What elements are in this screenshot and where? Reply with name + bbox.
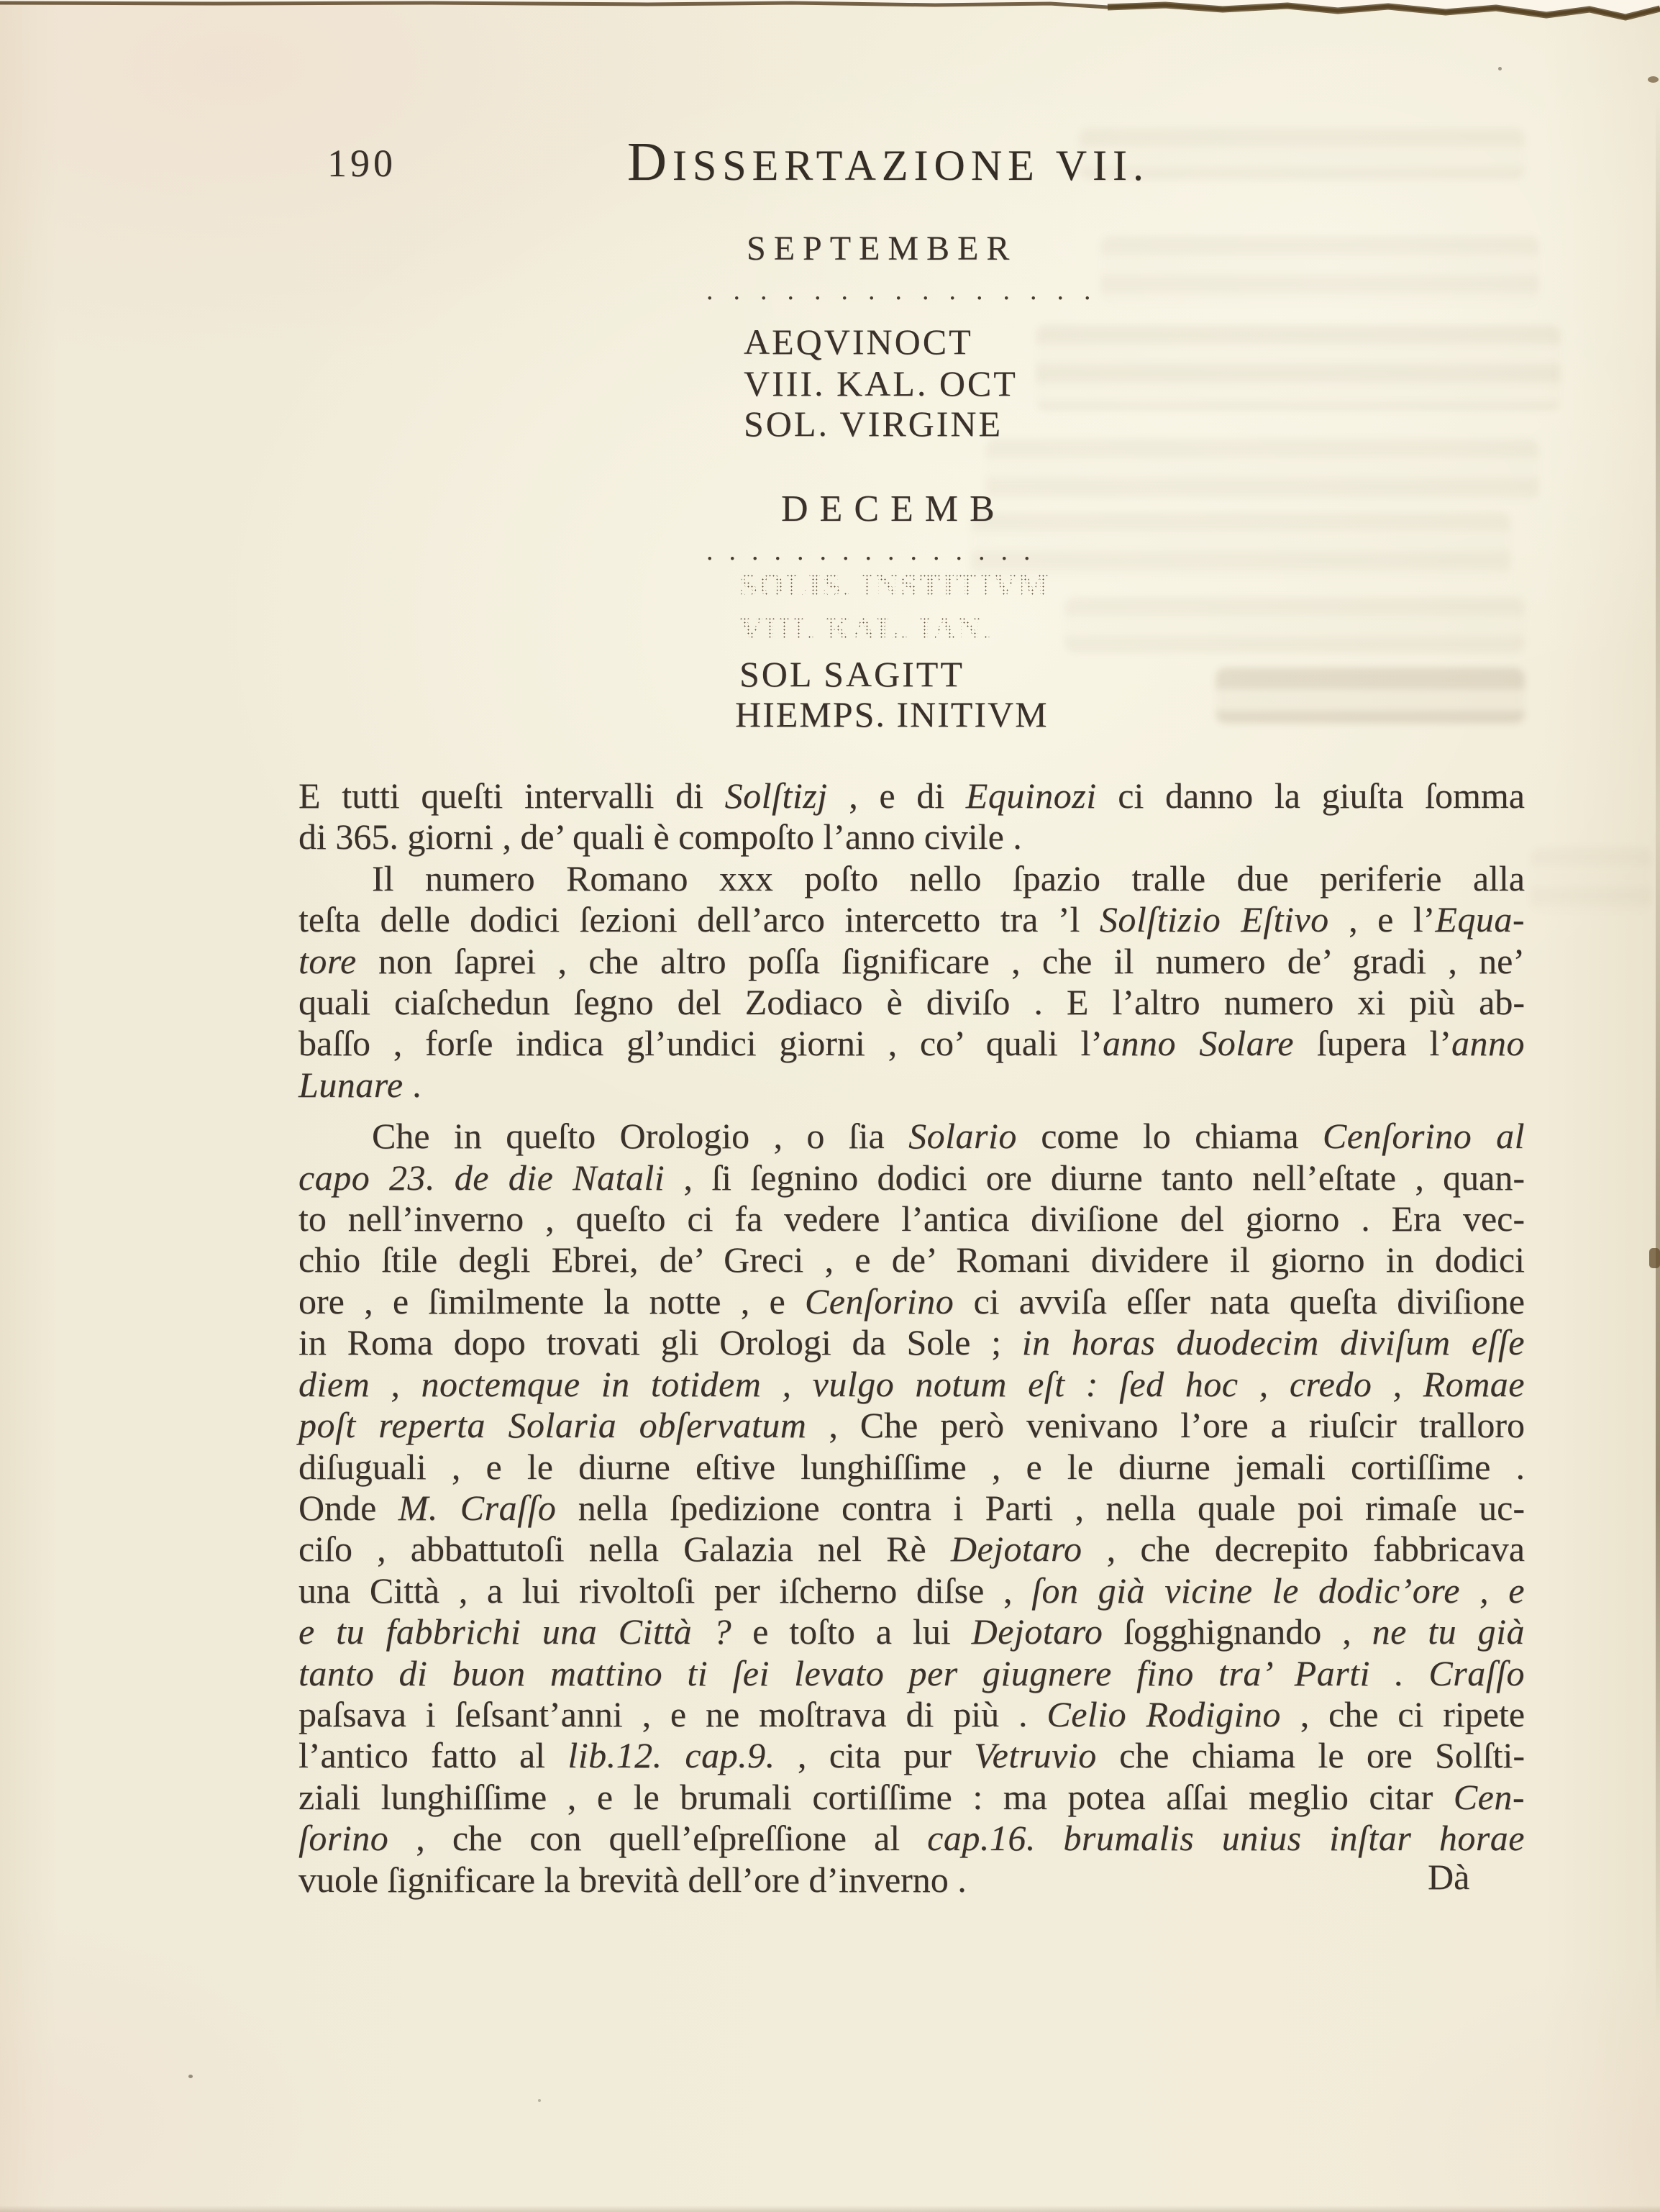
text-line: baſſo , forſe indica gl’undici giorni , … xyxy=(298,1023,1525,1064)
showthrough-smudge xyxy=(1100,236,1539,305)
text-line: E tutti queſti intervalli di Solſtizj , … xyxy=(298,775,1525,816)
ink-speck xyxy=(1498,67,1502,70)
text-line: ziali lunghiſſime , e le brumali cortiſſ… xyxy=(298,1777,1525,1818)
text-line: tanto di buon mattino ti ſei levato per … xyxy=(298,1653,1525,1694)
catchword: Dà xyxy=(1428,1856,1469,1898)
text-line: paſsava i ſeſsant’anni , e ne moſtrava d… xyxy=(298,1694,1525,1735)
calendar-entry-aequinoct: AEQVINOCT xyxy=(744,321,973,363)
calendar-entry-kal-ian: VIII. KAL. IAN. xyxy=(739,610,992,647)
calendar-entry-sol-virgine: SOL. VIRGINE xyxy=(744,403,1003,445)
text-line: Che in queſto Orologio , o ſia Solario c… xyxy=(298,1116,1525,1157)
ink-speck xyxy=(188,2075,193,2078)
text-line: vuole ſignificare la brevità dell’ore d’… xyxy=(298,1860,1525,1901)
calendar-entry-hiemps-initium: HIEMPS. INITIVM xyxy=(735,693,1049,735)
edge-flaw xyxy=(1649,1248,1660,1268)
showthrough-smudge xyxy=(1531,847,1651,914)
text-line: in Roma dopo trovati gli Orologi da Sole… xyxy=(298,1322,1525,1363)
text-line: capo 23. de die Natali , ſi ſegnino dodi… xyxy=(298,1157,1525,1198)
text-line: quali ciaſchedun ſegno del Zodiaco è div… xyxy=(298,982,1525,1023)
page-number: 190 xyxy=(327,141,396,186)
text-line: Lunare . xyxy=(298,1065,1525,1106)
page-right-edge xyxy=(1656,101,1660,2029)
text-line: teſta delle dodici ſezioni dell’arco int… xyxy=(298,899,1525,940)
body-text: E tutti queſti intervalli di Solſtizj , … xyxy=(298,775,1525,1901)
text-line: chio ſtile degli Ebrei, de’ Greci , e de… xyxy=(298,1239,1525,1280)
paragraph: Il numero Romano xxx poſto nello ſpazio … xyxy=(298,858,1525,1106)
text-line: l’antico fatto al lib.12. cap.9. , cita … xyxy=(298,1735,1525,1776)
showthrough-smudge xyxy=(1064,597,1525,653)
text-line: una Città , a lui rivoltoſi per iſcherno… xyxy=(298,1570,1525,1611)
calendar-entry-kal-oct: VIII. KAL. OCT xyxy=(744,363,1018,404)
text-line: ciſo , abbattutoſi nella Galazia nel Rè … xyxy=(298,1529,1525,1570)
dotted-rule: ............... xyxy=(706,535,1046,567)
text-line: Il numero Romano xxx poſto nello ſpazio … xyxy=(298,858,1525,899)
paragraph: E tutti queſti intervalli di Solſtizj , … xyxy=(298,775,1525,858)
showthrough-smudge xyxy=(1216,668,1525,724)
dotted-rule: ............... xyxy=(706,275,1111,306)
book-page: 190 DISSERTAZIONE VII. SEPTEMBER .......… xyxy=(0,0,1660,2212)
showthrough-smudge xyxy=(1036,325,1561,410)
text-line: to nell’inverno , queſto ci fa vedere l’… xyxy=(298,1198,1525,1239)
running-header: DISSERTAZIONE VII. xyxy=(627,131,1149,194)
paragraph: Che in queſto Orologio , o ſia Solario c… xyxy=(298,1116,1525,1901)
text-line: ſorino , che con quell’eſpreſſione al ca… xyxy=(298,1818,1525,1859)
text-line: ore , e ſimilmente la notte , e Cenſorin… xyxy=(298,1281,1525,1322)
calendar-entry-solis-institium: SOLIS. INSTITIVM xyxy=(739,567,1050,604)
showthrough-smudge xyxy=(985,439,1539,502)
text-line: di 365. giorni , de’ quali è compoſto l’… xyxy=(298,816,1525,857)
calendar-december-title: DECEMB xyxy=(781,488,1006,530)
text-line: poſt reperta Solaria obſervatum , Che pe… xyxy=(298,1405,1525,1446)
page-bottom-edge xyxy=(0,2206,1660,2212)
showthrough-smudge xyxy=(971,512,1510,578)
calendar-entry-sol-sagitt: SOL SAGITT xyxy=(739,653,964,695)
text-line: diem , noctemque in totidem , vulgo notu… xyxy=(298,1364,1525,1405)
ink-speck xyxy=(538,2099,541,2102)
text-line: tore non ſaprei , che altro poſſa ſignif… xyxy=(298,941,1525,982)
text-line: diſuguali , e le diurne eſtive lunghiſſi… xyxy=(298,1447,1525,1488)
text-line: Onde M. Craſſo nella ſpedizione contra i… xyxy=(298,1488,1525,1529)
calendar-september-title: SEPTEMBER xyxy=(747,229,1017,268)
torn-top-edge xyxy=(0,0,1660,26)
text-line: e tu fabbrichi una Città ? e toſto a lui… xyxy=(298,1611,1525,1652)
edge-flaw xyxy=(1648,76,1659,83)
